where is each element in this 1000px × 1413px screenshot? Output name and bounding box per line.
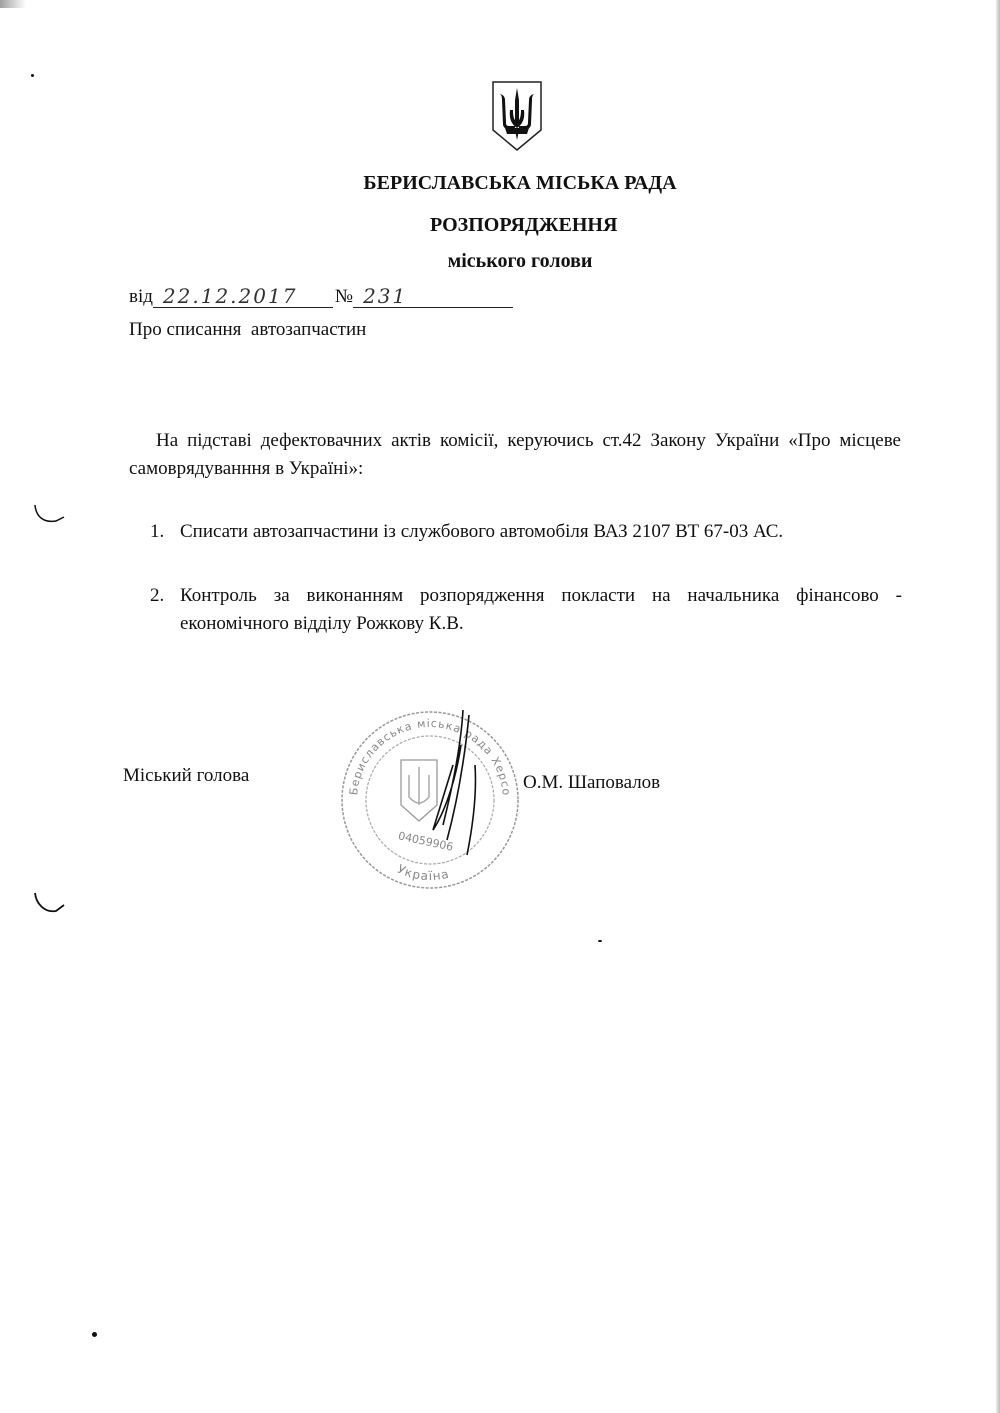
handwritten-number: 231 <box>353 285 513 308</box>
date-prefix: від <box>129 286 153 308</box>
number-prefix: № <box>335 286 353 308</box>
council-name: БЕРИСЛАВСЬКА МІСЬКА РАДА <box>360 172 680 195</box>
order-item: 1. Списати автозапчастини із службового … <box>150 518 902 546</box>
item-number: 1. <box>150 518 178 546</box>
preamble-text: На підставі дефектовачних актів комісії,… <box>129 430 901 479</box>
scan-speck <box>92 1332 97 1337</box>
document-issuer: міського голови <box>430 250 610 273</box>
signatory-name: О.М. Шаповалов <box>523 772 660 794</box>
handwritten-date: 22.12.2017 <box>153 285 333 308</box>
document-type: РОЗПОРЯДЖЕННЯ <box>430 214 610 237</box>
official-stamp: Бериславська міська рада Херсонської обл… <box>335 705 525 890</box>
scan-edge-shadow-right <box>996 0 1000 1413</box>
punch-hole-mark <box>30 885 70 915</box>
stamp-outer-text: Бериславська міська рада Херсонської обл… <box>335 705 513 797</box>
item-text: Контроль за виконанням розпорядження пок… <box>180 582 902 638</box>
coat-of-arms-icon <box>491 80 543 152</box>
order-item: 2. Контроль за виконанням розпорядження … <box>150 582 902 638</box>
item-text: Списати автозапчастини із службового авт… <box>180 518 902 546</box>
svg-text:Україна: Україна <box>395 862 451 883</box>
signatory-title: Міський голова <box>123 765 249 787</box>
stamp-bottom-text: Україна <box>395 862 451 883</box>
scan-speck <box>31 74 34 77</box>
document-subject: Про списання автозапчастин <box>129 319 366 341</box>
date-number-line: від 22.12.2017 № 231 <box>129 285 513 308</box>
scan-edge-shadow <box>0 0 26 8</box>
svg-text:Бериславська міська рада Херсо: Бериславська міська рада Херсонської обл… <box>335 705 513 797</box>
punch-hole-mark <box>30 497 70 527</box>
stamp-code: 04059906 <box>397 829 454 853</box>
scan-speck <box>598 940 602 942</box>
item-number: 2. <box>150 582 178 610</box>
preamble-paragraph: На підставі дефектовачних актів комісії,… <box>129 427 901 483</box>
